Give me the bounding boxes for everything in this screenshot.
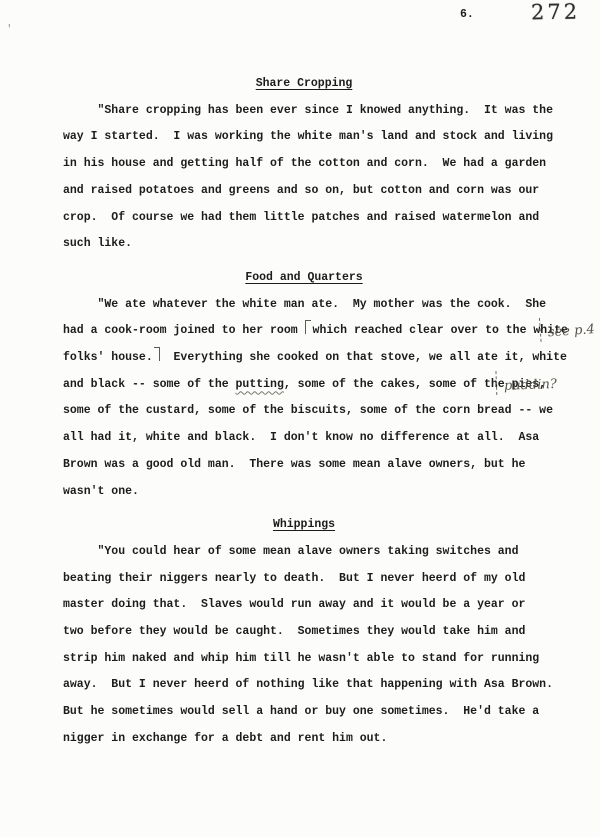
typewritten-page: ' 6. 272 Share Cropping "Share cropping … (0, 0, 600, 837)
text-segment: beating their niggers nearly to death. B… (63, 572, 525, 585)
text-line: away. But I never heerd of nothing like … (63, 672, 545, 699)
text-segment: all had it, white and black. I don't kno… (63, 431, 539, 444)
text-segment: nigger in exchange for a debt and rent h… (63, 732, 387, 745)
text-line: and black -- some of the putting, some o… (63, 372, 545, 399)
stamp-page-number: 272 (531, 0, 581, 24)
text-segment: way I started. I was working the white m… (63, 130, 553, 143)
section-heading: Whippings (63, 512, 545, 539)
text-segment: master doing that. Slaves would run away… (63, 598, 525, 611)
margin-note-text: puddin? (504, 372, 558, 401)
text-body: Share Cropping "Share cropping has been … (63, 71, 545, 753)
margin-note-text: see p.4 (547, 317, 596, 347)
text-line: all had it, white and black. I don't kno… (63, 425, 545, 452)
text-segment: wasn't one. (63, 485, 139, 498)
page-number: 6. (460, 8, 474, 21)
text-line: "We ate whatever the white man ate. My m… (63, 292, 545, 319)
pencil-bracket-open-icon (305, 320, 311, 334)
text-segment: "We ate whatever the white man ate. My m… (63, 298, 546, 311)
pencil-line-icon (495, 371, 497, 395)
text-segment: But he sometimes would sell a hand or bu… (63, 705, 539, 718)
text-line: master doing that. Slaves would run away… (63, 592, 545, 619)
text-segment: some of the custard, some of the biscuit… (63, 404, 553, 417)
text-segment: strip him naked and whip him till he was… (63, 652, 539, 665)
text-line: such like. (63, 231, 545, 258)
section-heading: Share Cropping (63, 71, 545, 98)
text-segment: and black -- some of the (63, 378, 236, 391)
pencil-wavy-underlined-word: putting (236, 378, 284, 391)
text-segment: Everything she cooked on that stove, we … (160, 351, 567, 364)
text-line: strip him naked and whip him till he was… (63, 646, 545, 673)
text-segment: such like. (63, 237, 132, 250)
text-segment: and raised potatoes and greens and so on… (63, 184, 539, 197)
text-line: two before they would be caught. Sometim… (63, 619, 545, 646)
text-segment: "Share cropping has been ever since I kn… (63, 104, 553, 117)
handwritten-margin-note: see p.4 (539, 317, 596, 347)
text-line: crop. Of course we had them little patch… (63, 205, 545, 232)
text-segment: "You could hear of some mean alave owner… (63, 545, 518, 558)
text-line: beating their niggers nearly to death. B… (63, 566, 545, 593)
text-line: in his house and getting half of the cot… (63, 151, 545, 178)
text-segment: Brown was a good old man. There was some… (63, 458, 525, 471)
text-line: way I started. I was working the white m… (63, 124, 545, 151)
section-heading-text: Whippings (273, 518, 335, 531)
handwritten-margin-note: puddin? (496, 372, 558, 401)
text-line: Brown was a good old man. There was some… (63, 452, 545, 479)
text-segment: two before they would be caught. Sometim… (63, 625, 525, 638)
text-segment: had a cook-room joined to her room (63, 324, 305, 337)
text-segment: folks' house. (63, 351, 153, 364)
text-line: some of the custard, some of the biscuit… (63, 398, 545, 425)
text-segment: in his house and getting half of the cot… (63, 157, 546, 170)
text-segment: which reached clear over to the white (313, 324, 568, 337)
stray-pencil-mark: ' (6, 24, 13, 36)
text-line: folks' house. Everything she cooked on t… (63, 345, 545, 372)
text-line: and raised potatoes and greens and so on… (63, 178, 545, 205)
section-heading-text: Share Cropping (256, 77, 353, 90)
text-segment: crop. Of course we had them little patch… (63, 211, 539, 224)
pencil-line-icon (539, 318, 542, 342)
text-line: nigger in exchange for a debt and rent h… (63, 726, 545, 753)
text-line: But he sometimes would sell a hand or bu… (63, 699, 545, 726)
section-heading: Food and Quarters (63, 265, 545, 292)
section-heading-text: Food and Quarters (245, 271, 362, 284)
text-line: "Share cropping has been ever since I kn… (63, 98, 545, 125)
text-segment: away. But I never heerd of nothing like … (63, 678, 553, 691)
text-line: wasn't one. (63, 479, 545, 506)
text-line: had a cook-room joined to her room which… (63, 318, 545, 345)
text-line: "You could hear of some mean alave owner… (63, 539, 545, 566)
